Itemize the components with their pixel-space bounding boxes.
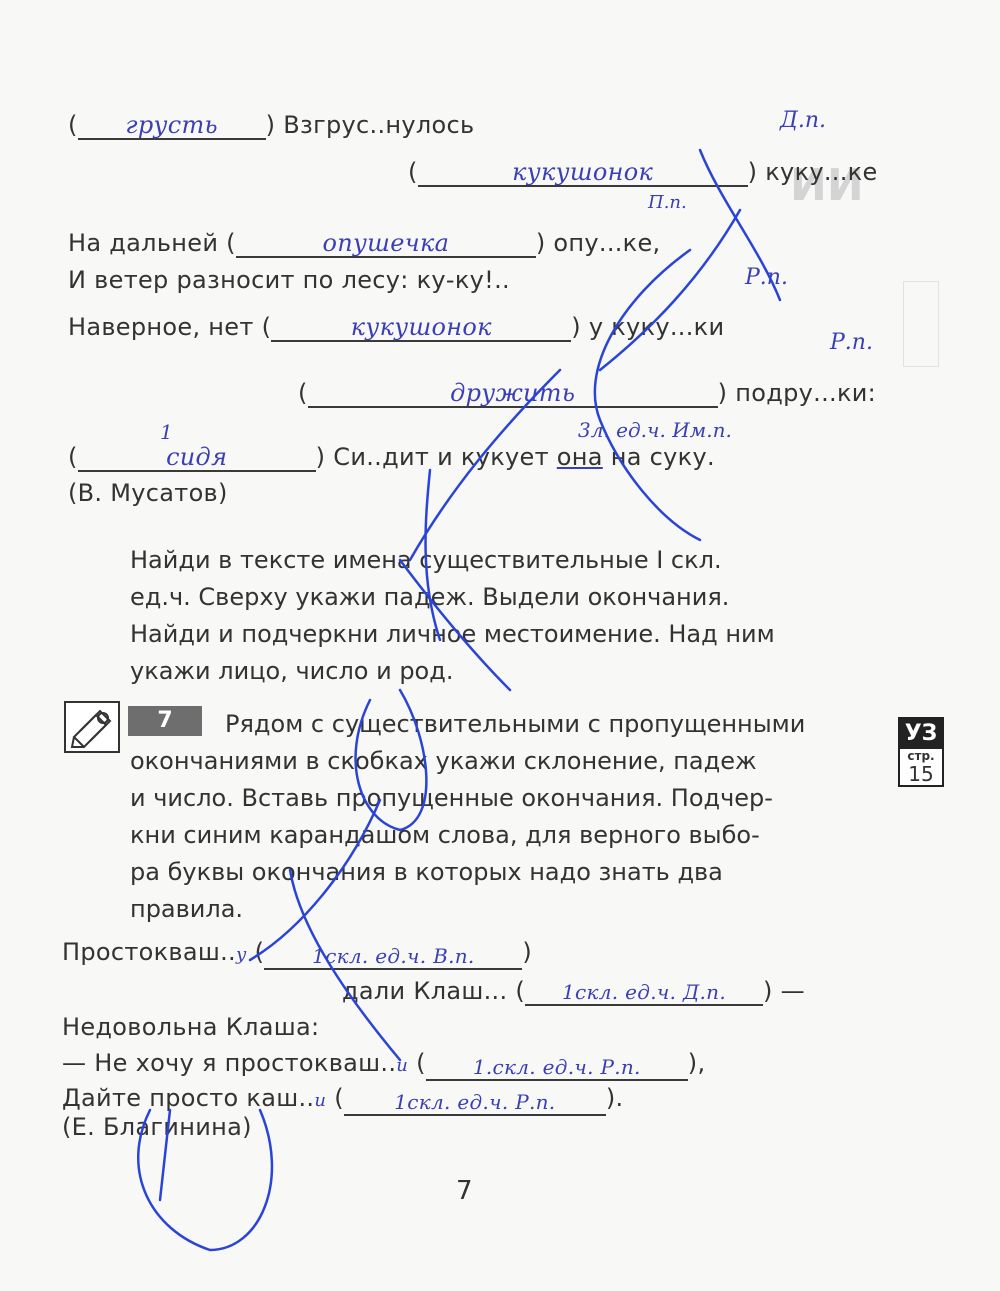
poem2-line-1: Простокваш..у (1скл. ед.ч. В.п.) [62,937,532,970]
poem2-line-2: дали Клаш... (1скл. ед.ч. Д.п.) — [342,976,805,1006]
page-number: 7 [456,1176,473,1206]
answer-blank[interactable]: дружить [308,382,718,408]
poem2-line-3: Недовольна Клаша: [62,1012,319,1042]
answer-blank[interactable]: 1скл. ед.ч. Р.п. [344,1090,606,1116]
reference-badge: УЗ стр. 15 [898,717,944,787]
poem1-line-4: И ветер разносит по лесу: ку-ку!.. [68,265,510,295]
stress-mark: 1 [160,420,173,444]
poem1-line-5: Наверное, нет (кукушонок) у куку...ки [68,312,724,342]
answer-blank[interactable]: опушечка [236,232,536,258]
case-annotation: Р.п. [745,265,788,290]
answer-blank[interactable]: 1.скл. ед.ч. Р.п. [426,1055,688,1081]
case-annotation: Р.п. [830,330,873,355]
poem1-line-1: (грусть) Взгрус..нулось [68,110,474,140]
answer-blank[interactable]: сидя [78,446,316,472]
poem1-line-3: На дальней (опушечка) опу...ке, [68,228,660,258]
poem1-line-7: (сидя) Си..дит и кукует она на суку. [68,442,715,472]
answer-blank[interactable]: 1скл. ед.ч. Д.п. [525,980,763,1006]
poem2-author: (Е. Благинина) [62,1112,252,1142]
answer-blank[interactable]: кукушонок [418,161,748,187]
answer-blank[interactable]: кукушонок [271,316,571,342]
bleed-through-badge [903,281,939,367]
task6-instructions: Найди в тексте имена существительные I с… [130,542,870,690]
poem1-author: (В. Мусатов) [68,478,228,508]
pronoun-annotation: 3л. ед.ч. Им.п. [578,418,732,442]
poem1-line-6: (дружить) подру...ки: [298,378,876,408]
task7-instructions: Рядом с существительными с пропущенными … [130,706,870,928]
underlined-pronoun: она [557,443,603,471]
answer-blank[interactable]: 1скл. ед.ч. В.п. [264,944,522,970]
case-annotation: П.п. [648,192,687,213]
case-annotation: Д.п. [780,108,826,133]
answer-blank[interactable]: грусть [78,114,266,140]
pencil-task-icon [64,701,120,753]
poem1-line-2: (кукушонок) куку...ке [408,157,878,187]
poem2-line-4: — Не хочу я простокваш..и (1.скл. ед.ч. … [62,1048,705,1081]
